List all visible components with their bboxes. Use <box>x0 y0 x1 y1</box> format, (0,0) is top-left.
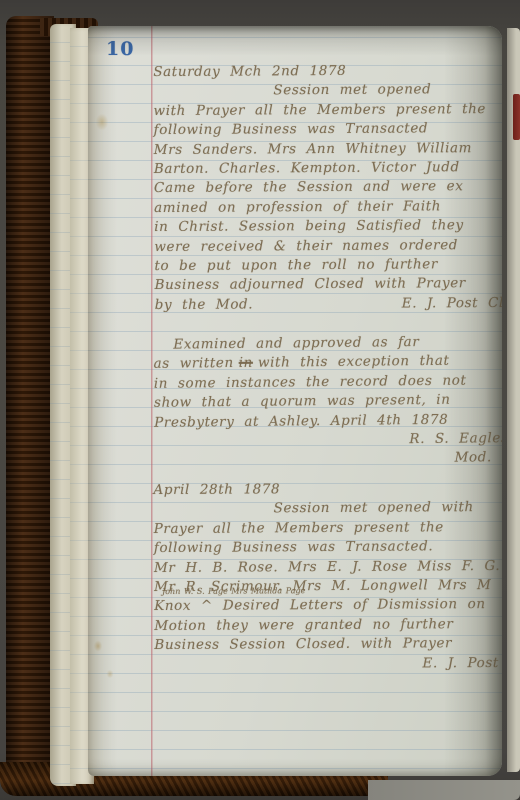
moderator-title: Mod. <box>455 449 499 469</box>
minutes-entry-mar-2-1878: Saturday Mch 2nd 1878 Session met opened… <box>153 61 499 315</box>
handwritten-line: Prayer all the Members present the <box>154 518 498 539</box>
entry-heading-date: Saturday Mch 2nd 1878 <box>153 61 497 82</box>
entry-heading-date: April 28th 1878 <box>153 479 497 500</box>
handwritten-line: Business Session Closed. with Prayer <box>154 634 498 655</box>
handwritten-line: Session met opened with <box>274 498 498 519</box>
handwritten-line: following Business was Transacted <box>154 119 498 140</box>
handwritten-text: as written <box>154 355 234 372</box>
minutes-entry-apr-28-1878: April 28th 1878 Session met opened with … <box>153 479 498 675</box>
handwritten-line: Session met opened <box>273 80 497 101</box>
handwritten-line: following Business was Transacted. <box>154 537 498 558</box>
handwritten-line: by the Mod. <box>155 295 254 315</box>
presbytery-approval-note: Examined and approved as far as writteni… <box>153 332 498 471</box>
surface-below-page <box>368 780 520 800</box>
red-page-marker <box>513 94 520 140</box>
handwritten-line: Came before the Session and were ex <box>154 177 498 198</box>
handwritten-line: Mr H. B. Rose. Mrs E. J. Rose Miss F. G.… <box>154 557 498 578</box>
handwritten-line: Barton. Charles. Kempton. Victor Judd <box>154 158 498 179</box>
book-spine-leather <box>6 16 54 796</box>
handwritten-line: amined on profession of their Faith <box>154 197 498 218</box>
handwritten-line: Business adjourned Closed with Prayer <box>155 274 499 295</box>
page-number: 10 <box>106 38 134 60</box>
handwritten-line: with Prayer all the Members present the <box>153 100 497 121</box>
handwritten-line: in Christ. Session being Satisfied they <box>154 216 498 237</box>
handwritten-line: Motion they were granted no further <box>154 615 498 636</box>
handwritten-line: were received & their names ordered <box>154 235 498 256</box>
strikethrough-word: in <box>239 355 253 371</box>
handwritten-text: with this exception that <box>258 353 450 371</box>
entry-closing-line: by the Mod. E. J. Post Clk <box>155 294 499 315</box>
handwritten-line: Knox ^ Desired Letters of Dismission on <box>154 595 498 616</box>
ledger-page: 10 Saturday Mch 2nd 1878 Session met ope… <box>88 26 502 776</box>
interline-insertion: John W. S. Page Mrs Matilda Page <box>162 587 305 596</box>
handwritten-line: to be put upon the roll no further <box>154 255 498 276</box>
clerk-signature: E. J. Post Clk <box>402 294 502 314</box>
photographed-ledger-book: 10 Saturday Mch 2nd 1878 Session met ope… <box>0 0 520 800</box>
moderator-signature: R. S. Eagleson, <box>409 429 498 449</box>
clerk-signature: E. J. Post Clk <box>422 653 498 673</box>
handwritten-line: Mrs Sanders. Mrs Ann Whitney William <box>154 139 498 160</box>
